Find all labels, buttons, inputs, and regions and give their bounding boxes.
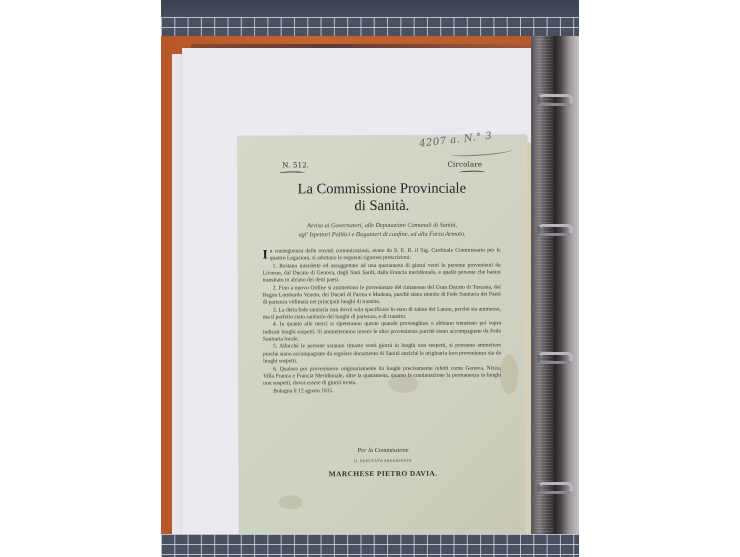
- signature-name: MARCHESE PIETRO DAVIA.: [239, 468, 528, 478]
- cutting-mat-grid-bottom: [161, 534, 579, 557]
- paragraph-rule-3: 3. La detta fede sanitaria non dovrà sol…: [263, 306, 501, 322]
- handwritten-underline: [450, 146, 512, 158]
- circular-number: N. 512.: [282, 161, 309, 169]
- paragraph-intro: In conseguenza delle recenti comunicazio…: [263, 247, 501, 263]
- cutting-mat-grid-top: [161, 17, 579, 37]
- paragraph-rule-2: 2. Fino a nuovo Ordine si ammettono le p…: [263, 284, 501, 307]
- binder-ring: [537, 352, 573, 364]
- paper-stain: [500, 354, 518, 394]
- binder-ring: [537, 94, 573, 106]
- drop-cap: I: [263, 250, 268, 259]
- ornament-swash: [279, 171, 305, 175]
- paragraph-rule-1: 1. Restano interdette ed assoggettate ad…: [263, 262, 501, 285]
- binder-ring: [537, 482, 573, 494]
- cutting-mat-background: [161, 0, 579, 17]
- sleeve-perforations: [535, 36, 553, 557]
- document-body: In conseguenza delle recenti comunicazio…: [263, 247, 502, 395]
- paragraph-rule-5: 5. Allorchè le persone saranno rimaste v…: [263, 343, 501, 366]
- signature-role: IL DEPUTATO PRESIDENTE: [239, 458, 528, 463]
- photograph: 4207 a. N.° 3 N. 512. Circolare La Commi…: [161, 0, 579, 557]
- paragraph-rule-4: 4. In quanto alle merci si ripeteranno q…: [263, 321, 501, 344]
- place-date: Bologna li 12 agosto 1835.: [263, 387, 501, 395]
- ornament-swash: [459, 171, 485, 175]
- mount-sheet: 4207 a. N.° 3 N. 512. Circolare La Commi…: [182, 48, 532, 545]
- handwritten-annotation: 4207 a. N.° 3: [418, 131, 492, 150]
- circular-label: Circolare: [447, 161, 482, 169]
- signature-for-line: Per la Commissione: [238, 446, 527, 454]
- document-subtitle: Avviso ai Governatori, alle Deputazioni …: [237, 220, 526, 239]
- binder-ring: [537, 224, 573, 236]
- archival-document: 4207 a. N.° 3 N. 512. Circolare La Commi…: [237, 134, 528, 548]
- document-title: La Commissione Provinciale di Sanità.: [237, 180, 526, 215]
- paper-stain: [279, 495, 303, 509]
- paragraph-rule-6: 6. Qualora poi provenissero originariame…: [263, 365, 501, 388]
